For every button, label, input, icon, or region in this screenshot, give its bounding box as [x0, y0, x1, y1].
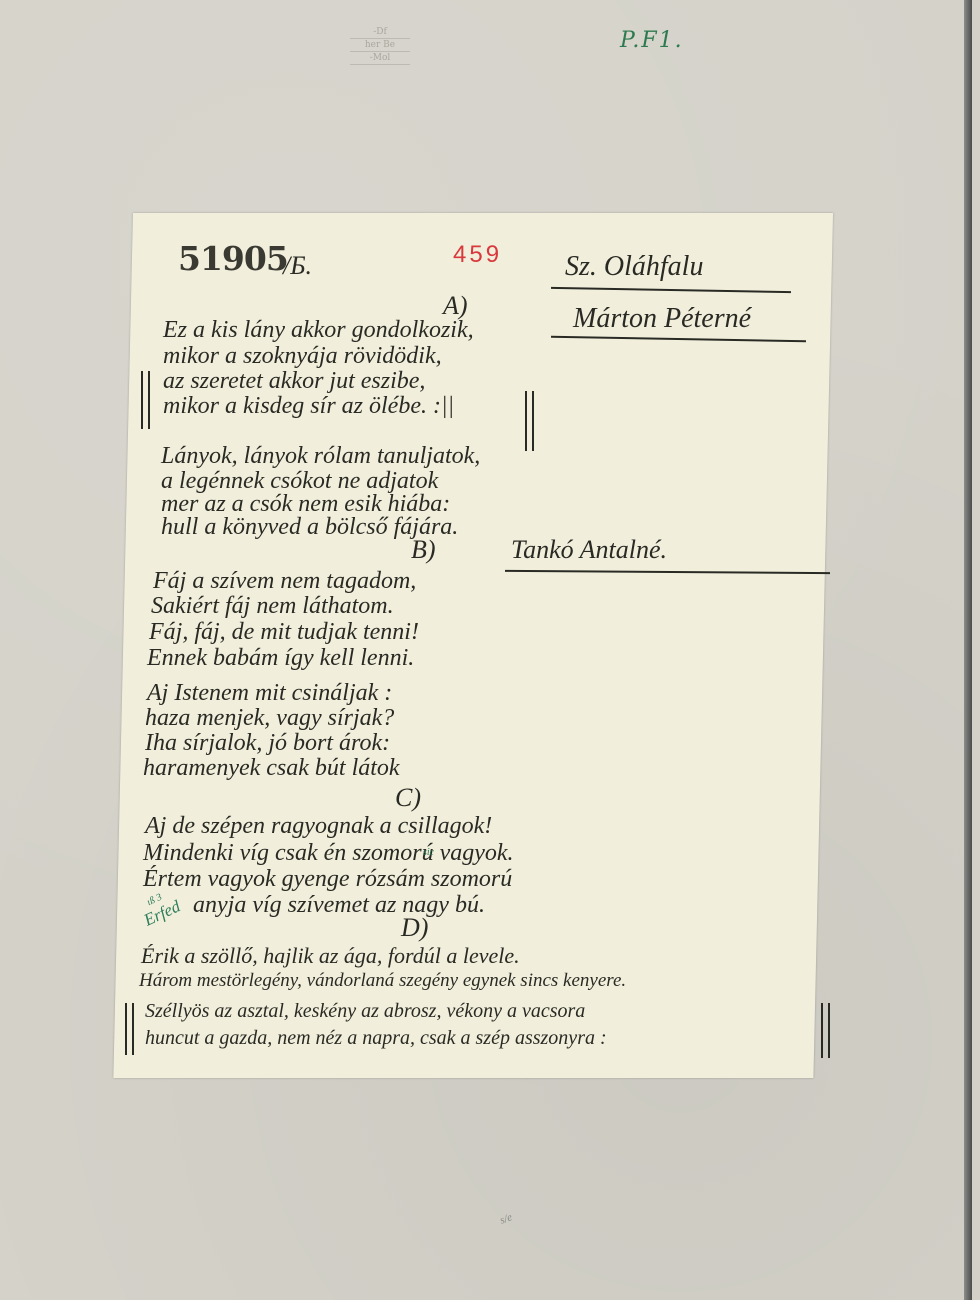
informant-a-underline — [551, 336, 806, 342]
manuscript-sheet: 51905 /Б. 459 Sz. Oláhfalu A) Márton Pét… — [113, 213, 833, 1078]
verse-line: Aj Istenem mit csináljak : — [147, 680, 392, 707]
verse-line: anyja víg szívemet az nagy bú. — [193, 892, 485, 919]
verse-line: Érik a szöllő, hajlik az ága, fordúl a l… — [141, 943, 520, 969]
stamp-line: -Df — [350, 26, 410, 39]
verse-line: Aj de szépen ragyognak a csillagok! — [145, 813, 492, 840]
verse-line: Sakiért fáj nem láthatom. — [151, 593, 394, 620]
stamp-line: -Mol — [350, 52, 410, 65]
section-label-c: C) — [395, 783, 421, 813]
archive-mount-board: -Df her Be -Mol P.F1. s/e 51905 /Б. 459 … — [0, 0, 972, 1300]
stamp-line: her Be — [350, 39, 410, 52]
library-stamp: -Df her Be -Mol — [350, 26, 410, 65]
verse-line: mikor a kisdeg sír az ölébe. :|| — [163, 393, 454, 420]
archive-shelf-mark: P.F1. — [620, 28, 684, 53]
verse-line: Iha sírjalok, jó bort árok: — [145, 730, 390, 757]
repeat-sign-right — [821, 1003, 830, 1058]
verse-line: Fáj, fáj, de mit tudjak tenni! — [149, 619, 419, 646]
verse-line: Értem vagyok gyenge rózsám szomorú — [143, 866, 512, 893]
place-underline — [551, 287, 791, 293]
verse-line: mikor a szoknyája rövidödik, — [163, 343, 442, 370]
sic-note: sic — [423, 847, 434, 858]
scan-edge — [964, 0, 972, 1300]
repeat-sign-right — [525, 391, 534, 451]
inventory-suffix: /Б. — [283, 251, 312, 281]
verse-line: az szeretet akkor jut eszibe, — [163, 368, 425, 395]
repeat-sign-left — [141, 371, 150, 429]
verse-line: Ennek babám így kell lenni. — [147, 645, 414, 672]
place-name: Sz. Oláhfalu — [565, 251, 703, 283]
verse-line: Fáj a szívem nem tagadom, — [153, 568, 416, 595]
informant-b-underline — [505, 570, 830, 574]
verse-line: Ez a kis lány akkor gondolkozik, — [163, 317, 474, 344]
verse-line: Lányok, lányok rólam tanuljatok, — [161, 443, 480, 470]
inventory-number: 51905 — [178, 239, 288, 278]
informant-a: Márton Péterné — [573, 303, 751, 335]
verse-line: haza menjek, vagy sírjak? — [145, 705, 394, 732]
verse-line: huncut a gazda, nem néz a napra, csak a … — [145, 1027, 607, 1050]
verse-line: Mindenki víg csak én szomorú vagyok. — [143, 840, 514, 867]
informant-b: Tankó Antalné. — [511, 535, 667, 565]
pencil-mark: s/e — [498, 1211, 514, 1226]
section-label-b: B) — [411, 535, 436, 565]
margin-annotation: ıß 3 Erfed — [136, 886, 183, 930]
verse-line: haramenyek csak bút látok — [143, 755, 400, 782]
verse-line: Három mestörlegény, vándorlaná szegény e… — [139, 970, 626, 992]
repeat-sign-left — [125, 1003, 134, 1055]
verse-line: Széllyös az asztal, keskény az abrosz, v… — [145, 1000, 585, 1023]
section-label-d: D) — [401, 913, 428, 943]
red-catalog-number: 459 — [453, 241, 502, 269]
